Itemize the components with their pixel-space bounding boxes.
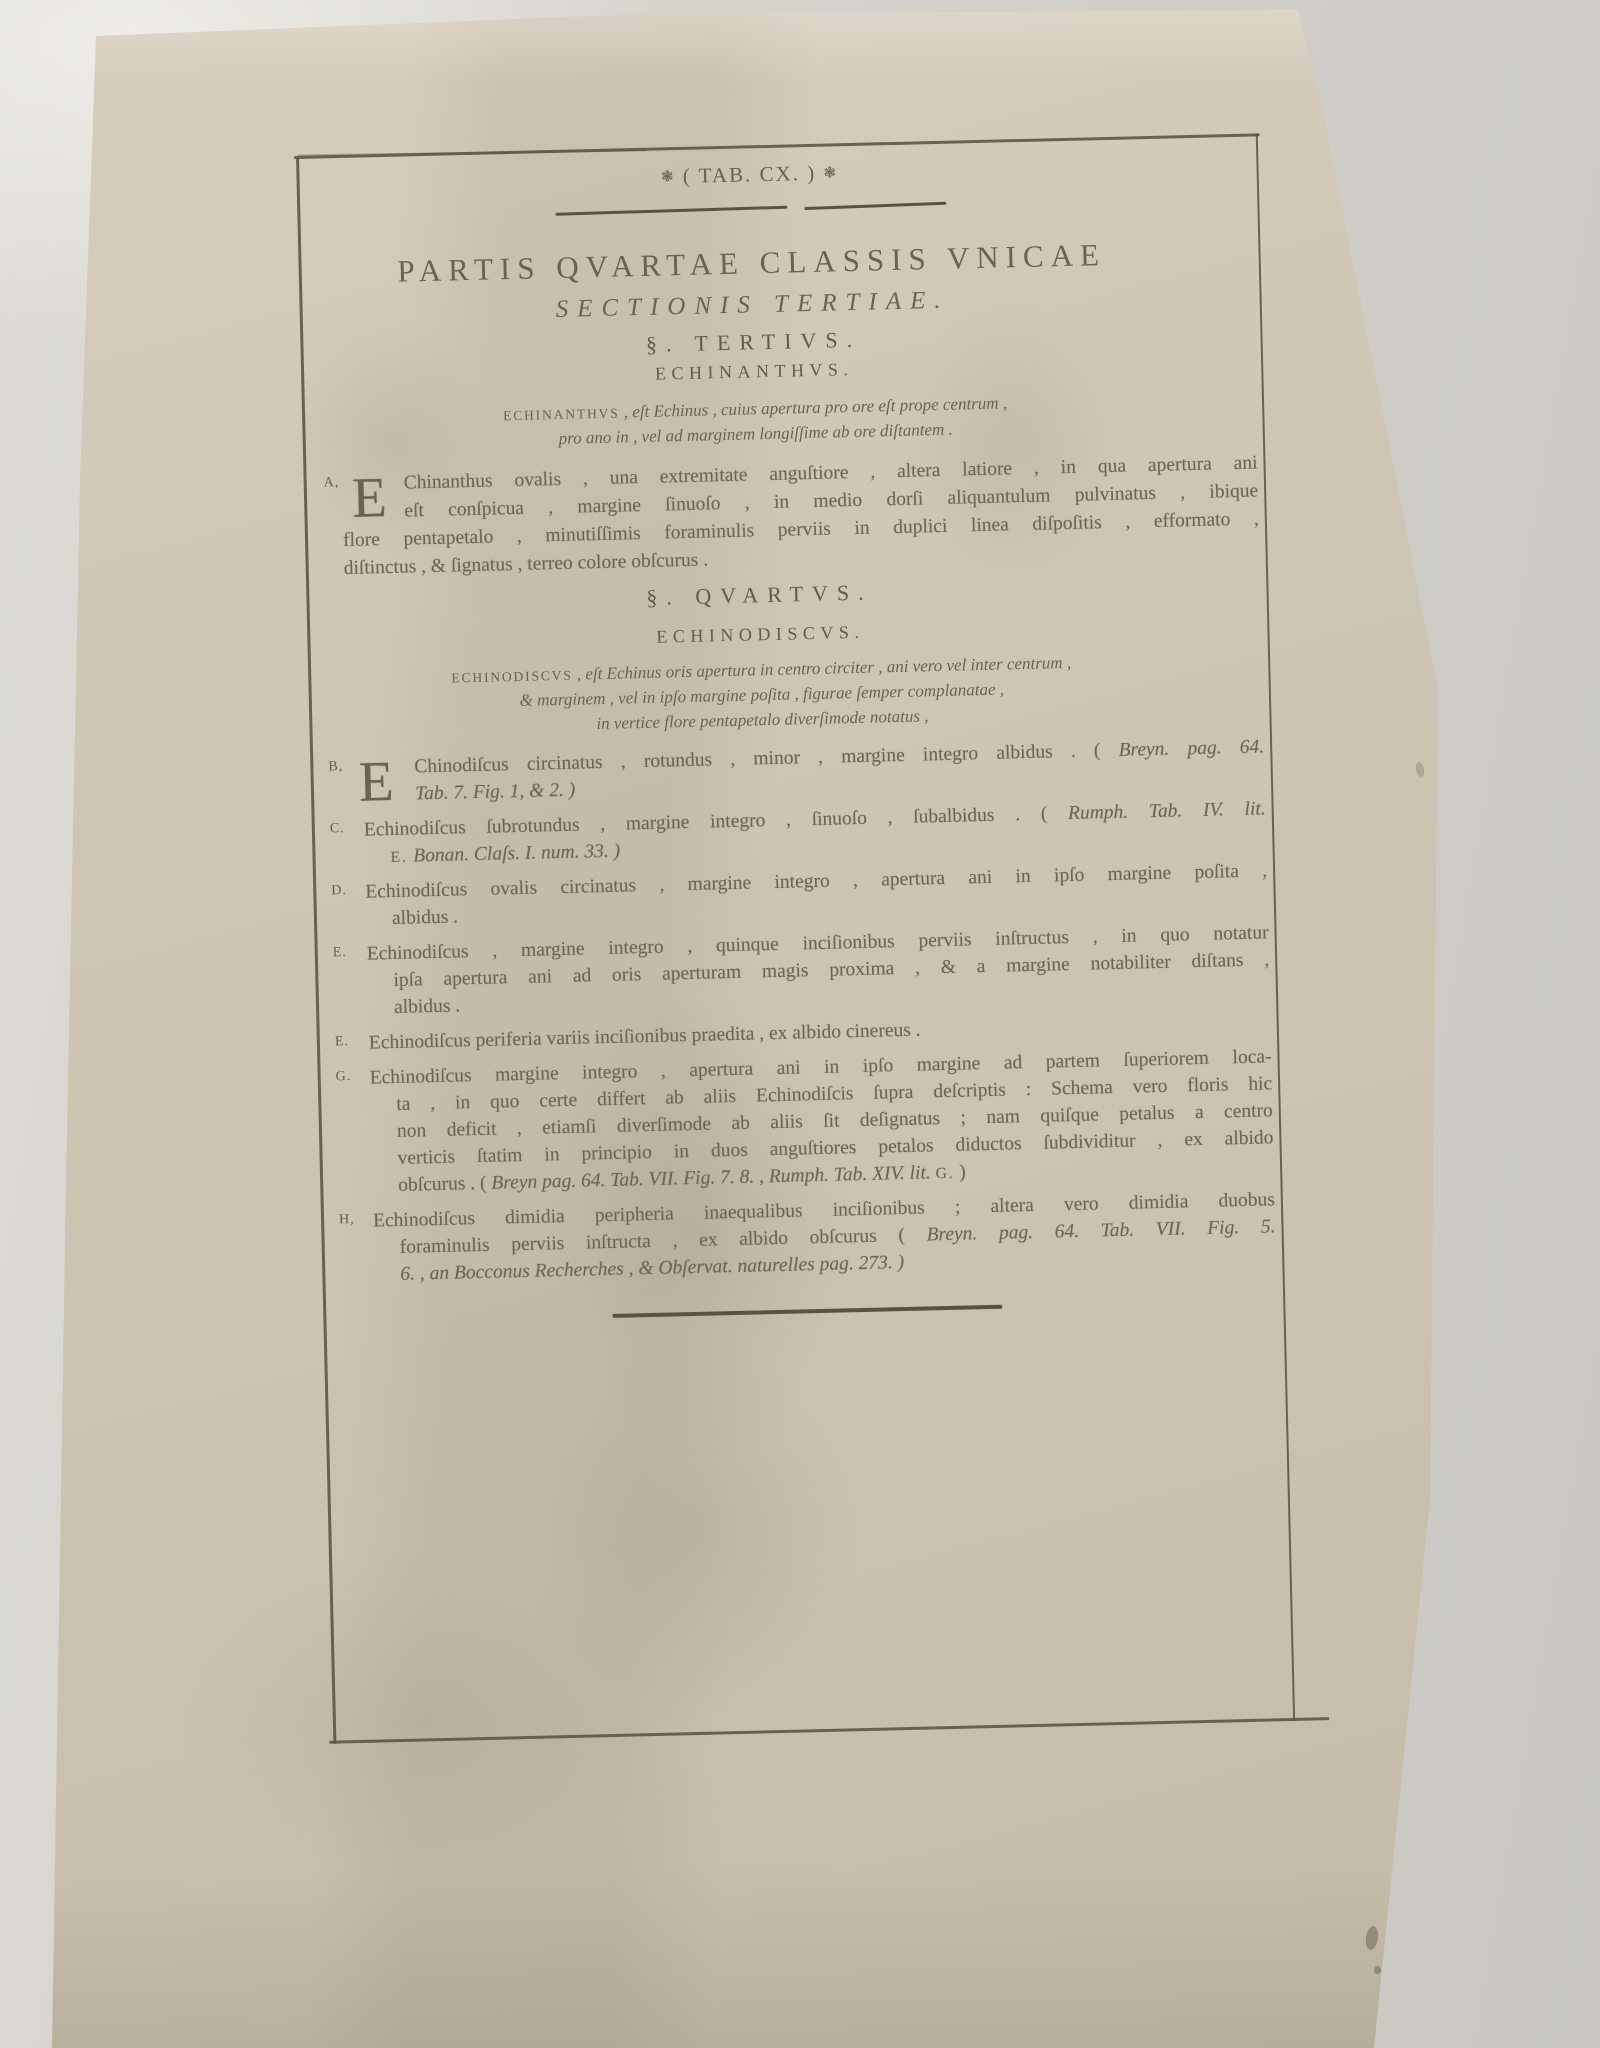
header-rule-segment [555,206,787,216]
plate-header: ❃ ( TAB. CX. ) ❃ [298,152,1200,198]
header-rule-segment [804,202,946,210]
margin-label: E. [333,945,347,961]
printed-frame: ❃ ( TAB. CX. ) ❃ PARTIS QVARTAE CLASSIS … [298,133,1293,1743]
paragraph-a: A, E Chinanthus ovalis , una extremitate… [341,449,1259,583]
paragraph-g: G. Echinodiſcus margine integro , apertu… [369,1043,1274,1199]
book-page: ❃ ( TAB. CX. ) ❃ PARTIS QVARTAE CLASSIS … [0,0,1600,2048]
photo-backdrop: ❃ ( TAB. CX. ) ❃ PARTIS QVARTAE CLASSIS … [0,0,1600,2048]
drop-cap: E [358,756,394,809]
plate-number: ( TAB. CX. ) [683,161,817,188]
ink-blot [1374,1966,1381,1974]
drop-cap: E [351,472,387,525]
fleuron-left-icon: ❃ [661,167,676,185]
margin-label: E. [335,1034,349,1050]
margin-label: A, [324,475,340,491]
paragraph-b: B, E Chinodiſcus circinatus , rotundus ,… [362,733,1265,808]
ink-blot [1364,1925,1379,1950]
header-rule [299,197,1201,221]
paragraph-c: C. Echinodiſcus ſubrotundus , margine in… [364,795,1267,870]
paragraph-e1: E. Echinodiſcus , margine integro , quin… [367,919,1271,1021]
ink-blot [1415,761,1426,777]
margin-label: B, [328,759,343,775]
margin-label: D. [331,883,347,899]
margin-label: H, [339,1212,355,1228]
paragraph-d: D. Echinodiſcus ovalis circinatus , marg… [365,857,1268,932]
paragraph-h: H, Echinodiſcus dimidia peripheria inaeq… [373,1186,1277,1288]
frame-border-bottom [329,1717,1329,1744]
frame-border-top-ghost [298,149,646,156]
margin-label: G. [336,1069,352,1085]
margin-label: C. [330,821,345,837]
definition-echinanthus: ECHINANTHVS , eſt Echinus , cuius apertu… [304,386,1207,457]
frame-border-left [296,158,336,1744]
definition-echinodiscus: ECHINODISCVS , eſt Echinus oris apertura… [310,647,1214,743]
separator-rule [612,1305,1002,1318]
fleuron-right-icon: ❃ [823,163,838,181]
